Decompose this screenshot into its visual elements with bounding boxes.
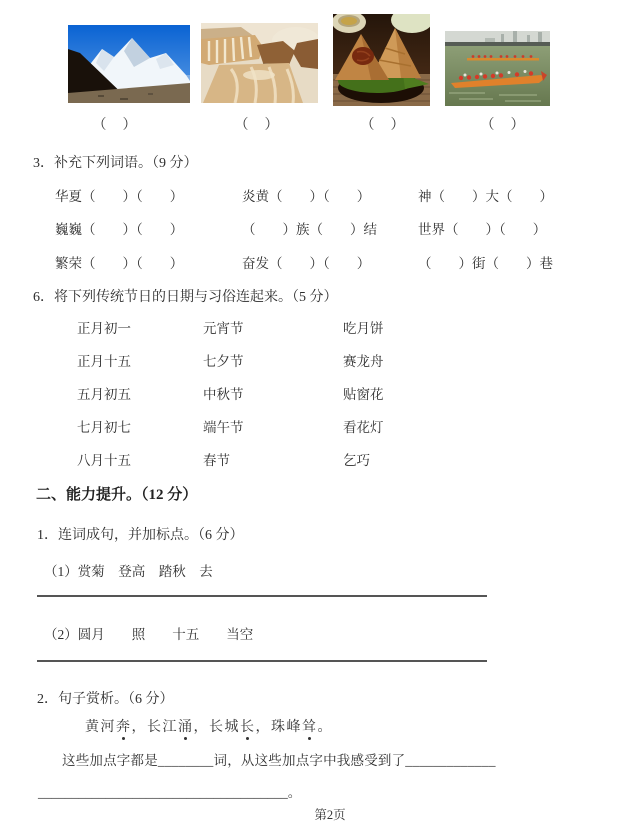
q6-custom: 贴窗花 [343, 383, 384, 403]
photo-zongzi [333, 14, 430, 106]
q2-fill-in-line-1: 这些加点字都是________词，从这些加点字中我感受到了___________… [62, 749, 496, 769]
q1-title: 1．连词成句，并加标点。（6 分） [37, 524, 244, 544]
q6-festival: 春节 [203, 449, 230, 469]
yellow-river-falls-graphic [201, 23, 318, 103]
q6-custom: 乞巧 [343, 449, 370, 469]
q3-word-blank: 华夏（ ）（ ） [55, 185, 183, 205]
emphasized-char: 奔 [116, 716, 132, 736]
photo4-answer-brackets: （ ） [473, 114, 533, 134]
exam-paper-page: （ ） （ ） （ ） （ ） 3．补充下列词语。（9 分） 华夏（ ）（ ） … [0, 0, 627, 828]
q6-custom: 看花灯 [343, 416, 384, 436]
q6-title: 6．将下列传统节日的日期与习俗连起来。（5 分） [33, 286, 338, 306]
page-number: 第2页 [0, 805, 627, 823]
q3-word-blank: 繁荣（ ）（ ） [55, 252, 183, 272]
q6-date: 正月初一 [77, 317, 131, 337]
sentence-part: 长江 [147, 720, 178, 735]
q3-word-blank: （ ）街（ ）巷 [418, 252, 553, 272]
emphasized-char: 长 [240, 716, 256, 736]
photo-yellow-river-falls [201, 23, 318, 103]
zongzi-graphic [333, 14, 430, 106]
answer-line-1 [37, 595, 487, 597]
sentence-part: 。 [318, 720, 334, 735]
q2-example-sentence: 黄河奔，长江涌，长城长，珠峰耸。 [85, 716, 333, 736]
answer-line-2 [37, 660, 487, 662]
q3-word-blank: 炎黄（ ）（ ） [242, 185, 370, 205]
q6-custom: 赛龙舟 [343, 350, 384, 370]
mount-everest-graphic [68, 25, 190, 103]
photo-dragon-boat-race [445, 31, 550, 106]
sentence-part: ， [194, 720, 210, 735]
sentence-part: ， [132, 720, 148, 735]
q6-festival: 端午节 [203, 416, 244, 436]
q3-word-blank: 巍巍（ ）（ ） [55, 218, 183, 238]
q6-date: 八月十五 [77, 449, 131, 469]
q3-word-blank: 神（ ）大（ ） [418, 185, 553, 205]
q6-date: 正月十五 [77, 350, 131, 370]
photo3-answer-brackets: （ ） [353, 114, 413, 134]
q6-custom: 吃月饼 [343, 317, 384, 337]
q3-word-blank: 世界（ ）（ ） [418, 218, 546, 238]
sentence-part: ， [256, 720, 272, 735]
q1-word-group-2: （2）圆月 照 十五 当空 [44, 623, 253, 643]
dragon-boat-race-graphic [445, 31, 550, 106]
emphasized-char: 涌 [178, 716, 194, 736]
photo-mount-everest [68, 25, 190, 103]
q6-festival: 中秋节 [203, 383, 244, 403]
sentence-part: 珠峰 [271, 720, 302, 735]
q6-date: 七月初七 [77, 416, 131, 436]
q6-festival: 元宵节 [203, 317, 244, 337]
q2-fill-in-line-2: _____________________________________。 [38, 781, 301, 801]
q6-festival: 七夕节 [203, 350, 244, 370]
sentence-part: 长城 [209, 720, 240, 735]
sentence-part: 黄河 [85, 720, 116, 735]
q3-title: 3．补充下列词语。（9 分） [33, 152, 198, 172]
q3-word-blank: 奋发（ ）（ ） [242, 252, 370, 272]
photo1-answer-brackets: （ ） [85, 114, 145, 134]
q6-date: 五月初五 [77, 383, 131, 403]
emphasized-char: 耸 [302, 716, 318, 736]
section2-heading: 二、能力提升。（12 分） [36, 483, 197, 504]
q2-title: 2．句子赏析。（6 分） [37, 688, 174, 708]
q3-word-blank: （ ）族（ ）结 [242, 218, 377, 238]
photo2-answer-brackets: （ ） [227, 114, 287, 134]
q1-word-group-1: （1）赏菊 登高 踏秋 去 [44, 560, 213, 580]
